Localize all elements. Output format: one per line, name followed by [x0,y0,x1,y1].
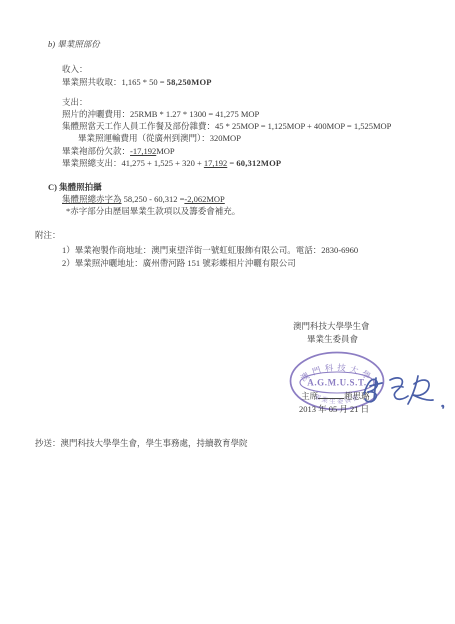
notes-label: 附注： [35,229,61,241]
expense-line-2: 集體照當天工作人員工作餐及部份雜費：45 * 25MOP = 1,125MOP … [62,120,391,132]
signature-stroke-7 [442,406,443,408]
expense-total-amount: 60,312MOP [236,158,281,168]
signature-stroke-6 [413,380,433,400]
chairman-label: 主席 [301,391,318,401]
expense-line-4: 畢業袍部份欠款：-17,192MOP [62,145,175,157]
section-b-heading: b) 畢業照部份 [48,38,100,50]
chairman-blank-line [318,390,344,399]
org-name-line2: 畢業生委員會 [307,333,358,345]
expense-line-4-prefix: 畢業袍部份欠款： [62,146,130,156]
income-line-text: 畢業照共收取：1,165 * 50 = [62,77,167,87]
deficit-amount: -2,062MOP [184,194,224,204]
handwritten-signature-svg [358,370,450,416]
income-amount: 58,250MOP [167,77,212,87]
deficit-lead: 集體照總赤字為 [62,194,122,204]
expense-line-5: 畢業照總支出：41,275 + 1,525 + 320 + 17,192 = 6… [62,157,281,169]
deficit-line: 集體照總赤字為 58,250 - 60,312 =-2,062MOP [62,193,225,205]
expense-line-4-suffix: MOP [156,146,174,156]
income-line: 畢業照共收取：1,165 * 50 = 58,250MOP [62,76,212,88]
signature-stroke-4 [392,386,403,388]
document-page: b) 畢業照部份 收入： 畢業照共收取：1,165 * 50 = 58,250M… [0,0,455,624]
income-label: 收入： [62,63,88,75]
section-c-heading: C) 集體照拍攝 [48,181,102,193]
handwritten-signature [358,370,450,416]
expense-line-4-amount: -17,192 [130,146,156,156]
note-item-1: 1）畢業袍製作商地址：澳門東望洋街一號虹虹服飾有限公司。電話：2830-6960 [62,244,358,256]
expense-label: 支出： [62,96,88,108]
deficit-note: *赤字部分由歷屆畢業生款項以及籌委會補充。 [66,205,240,217]
signature-stroke-5 [408,376,418,404]
deficit-mid: 58,250 - 60,312 = [122,194,185,204]
cc-line: 抄送：澳門科技大學學生會，學生事務處，持續教育學院 [35,437,248,449]
expense-line-5-underlined: 17,192 [204,158,227,168]
org-name-line1: 澳門科技大學學生會 [293,320,370,332]
expense-line-5-mid: = [227,158,236,168]
expense-line-3: 畢業照運輸費用（從廣州到澳門）：320MOP [78,132,241,144]
expense-line-5-prefix: 畢業照總支出：41,275 + 1,525 + 320 + [62,158,204,168]
expense-line-1: 照片的沖曬費用：25RMB * 1.27 * 1300 = 41,275 MOP [62,108,259,120]
note-item-2: 2）畢業照沖曬地址：廣州帶河路 151 號彩蝶相片沖曬有限公司 [62,257,296,269]
